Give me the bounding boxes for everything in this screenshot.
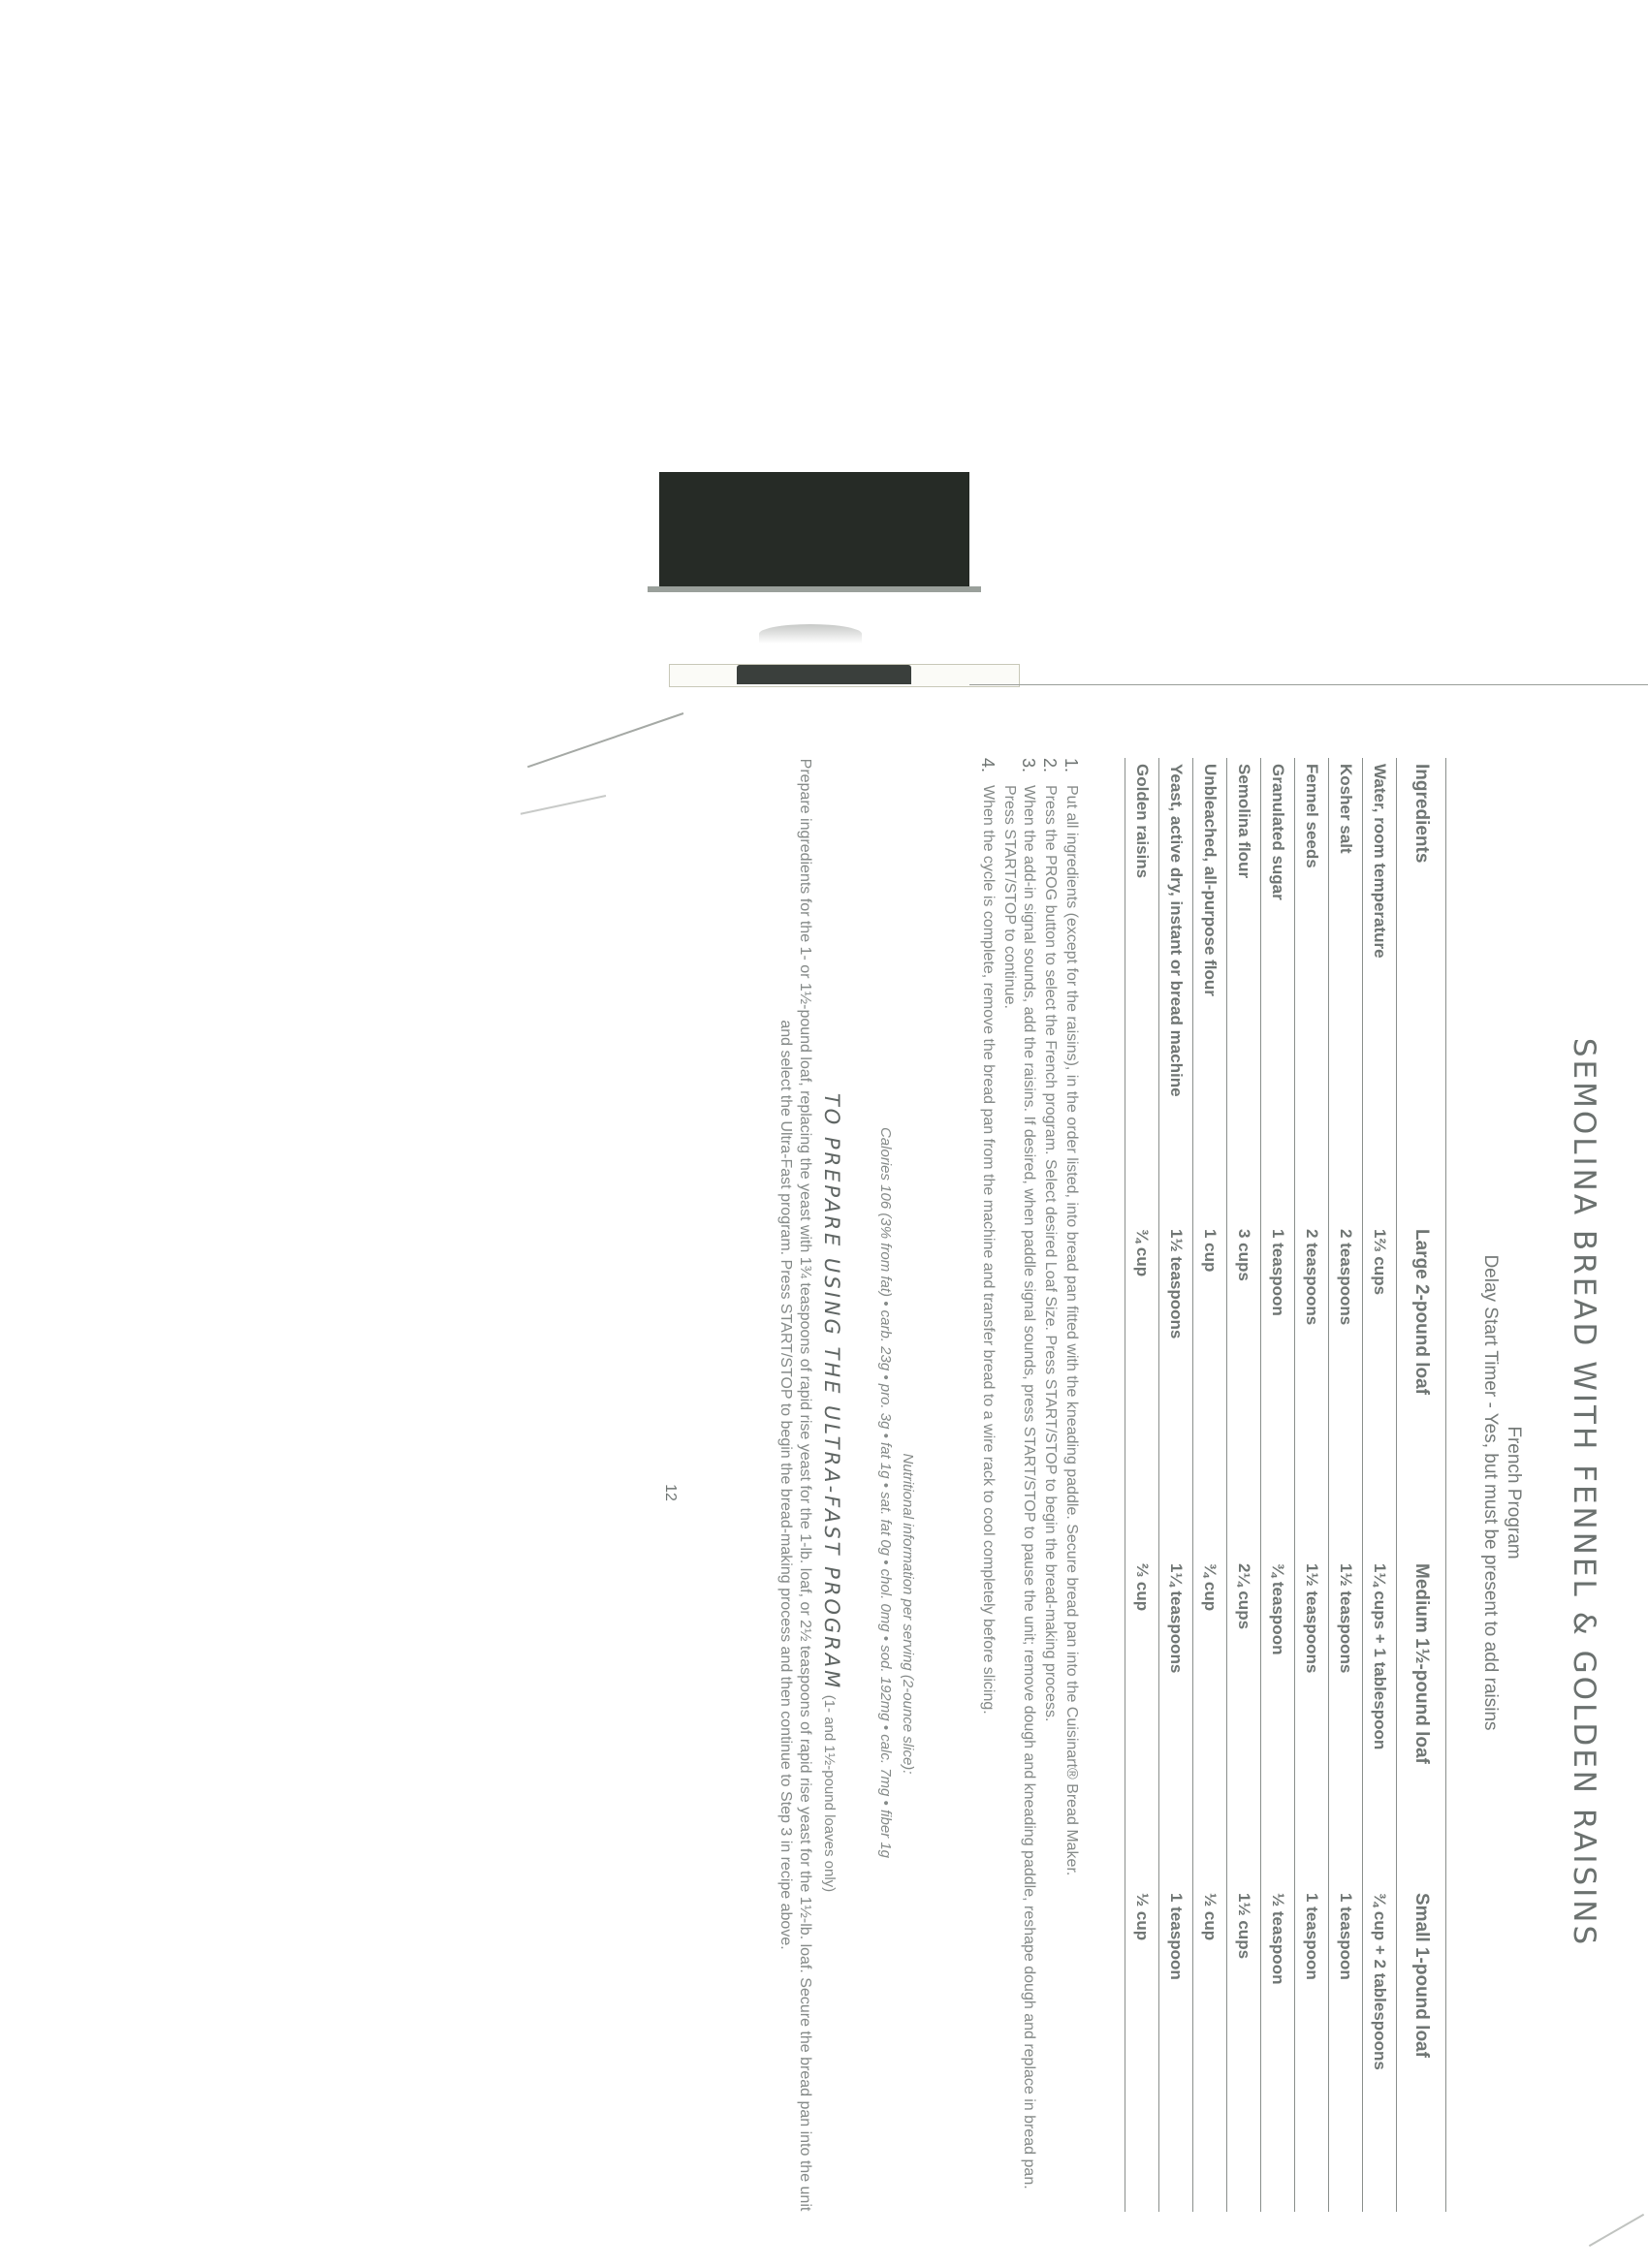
medium-loaf-cell: 1¼ cups + 1 tablespoon <box>1363 1558 1397 1887</box>
medium-loaf-cell: 1¼ teaspoons <box>1159 1558 1193 1887</box>
table-row: Water, room temperature1⅔ cups1¼ cups + … <box>1363 758 1397 2212</box>
scan-shadow <box>648 586 981 592</box>
scan-dark-block <box>659 472 969 591</box>
medium-loaf-cell: ⅔ cup <box>1125 1558 1159 1887</box>
large-loaf-cell: 3 cups <box>1227 1223 1261 1558</box>
table-row: Kosher salt2 teaspoons1½ teaspoons1 teas… <box>1329 758 1363 2212</box>
instruction-step: 3.When the add-in signal sounds, add the… <box>999 758 1038 2212</box>
table-header-row: Ingredients Large 2-pound loaf Medium 1½… <box>1397 758 1446 2212</box>
table-row: Semolina flour3 cups2¼ cups1½ cups <box>1227 758 1261 2212</box>
large-loaf-cell: 1½ teaspoons <box>1159 1223 1193 1558</box>
step-text: When the cycle is complete, remove the b… <box>980 785 997 1715</box>
table-row: Golden raisins¾ cup⅔ cup½ cup <box>1125 758 1159 2212</box>
step-text: When the add-in signal sounds, add the r… <box>1001 785 1037 2189</box>
step-text: Put all ingredients (except for the rais… <box>1063 785 1080 1875</box>
medium-loaf-cell: 1½ teaspoons <box>1329 1558 1363 1887</box>
page-number: 12 <box>661 746 679 2239</box>
small-loaf-cell: 1 teaspoon <box>1295 1887 1329 2212</box>
delay-start-note: Delay Start Timer - Yes, but must be pre… <box>1479 746 1501 2239</box>
medium-loaf-cell: 1½ teaspoons <box>1295 1558 1329 1887</box>
step-number: 3. <box>1019 758 1038 772</box>
page-edge-line <box>969 684 1648 685</box>
ingredient-cell: Semolina flour <box>1227 758 1261 1223</box>
column-header-small: Small 1-pound loaf <box>1397 1887 1446 2212</box>
ingredient-cell: Water, room temperature <box>1363 758 1397 1223</box>
instruction-step: 2.Press the PROG button to select the Fr… <box>1040 758 1060 2212</box>
medium-loaf-cell: ¾ cup <box>1193 1558 1227 1887</box>
small-loaf-cell: ½ teaspoon <box>1261 1887 1295 2212</box>
small-loaf-cell: ¾ cup + 2 tablespoons <box>1363 1887 1397 2212</box>
large-loaf-cell: 1 teaspoon <box>1261 1223 1295 1558</box>
table-row: Fennel seeds2 teaspoons1½ teaspoons1 tea… <box>1295 758 1329 2212</box>
step-number: 4. <box>978 758 998 772</box>
small-loaf-cell: ½ cup <box>1193 1887 1227 2212</box>
large-loaf-cell: ¾ cup <box>1125 1223 1159 1558</box>
small-loaf-cell: ½ cup <box>1125 1887 1159 2212</box>
ingredient-cell: Kosher salt <box>1329 758 1363 1223</box>
large-loaf-cell: 1⅔ cups <box>1363 1223 1397 1558</box>
ingredient-cell: Granulated sugar <box>1261 758 1295 1223</box>
recipe-page: SEMOLINA BREAD WITH FENNEL & GOLDEN RAIS… <box>640 746 1609 2239</box>
small-loaf-cell: 1 teaspoon <box>1159 1887 1193 2212</box>
ingredient-cell: Golden raisins <box>1125 758 1159 1223</box>
ultra-fast-qualifier: (1- and 1½-pound loaves only) <box>821 1695 838 1892</box>
column-header-medium: Medium 1½-pound loaf <box>1397 1558 1446 1887</box>
step-text: Press the PROG button to select the Fren… <box>1042 785 1059 1721</box>
column-header-ingredients: Ingredients <box>1397 758 1446 1223</box>
large-loaf-cell: 2 teaspoons <box>1295 1223 1329 1558</box>
large-loaf-cell: 2 teaspoons <box>1329 1223 1363 1558</box>
nutrition-heading: Nutritional information per serving (2-o… <box>900 989 916 2239</box>
instruction-steps: 1.Put all ingredients (except for the ra… <box>976 758 1081 2212</box>
medium-loaf-cell: 2¼ cups <box>1227 1558 1261 1887</box>
nutrition-facts: Calories 106 (3% from fat) • carb. 23g •… <box>877 746 894 2239</box>
large-loaf-cell: 1 cup <box>1193 1223 1227 1558</box>
program-name: French Program <box>1503 746 1524 2239</box>
instruction-step: 1.Put all ingredients (except for the ra… <box>1062 758 1081 2212</box>
recipe-title: SEMOLINA BREAD WITH FENNEL & GOLDEN RAIS… <box>1567 746 1601 2239</box>
step-number: 2. <box>1040 758 1060 772</box>
table-row: Yeast, active dry, instant or bread mach… <box>1159 758 1193 2212</box>
step-number: 1. <box>1062 758 1081 772</box>
small-loaf-cell: 1 teaspoon <box>1329 1887 1363 2212</box>
ingredient-cell: Unbleached, all-purpose flour <box>1193 758 1227 1223</box>
ultra-fast-instructions: Prepare ingredients for the 1- or 1½-pou… <box>776 758 814 2212</box>
page-edge-diagonal-faint <box>521 795 606 815</box>
ultra-fast-heading: TO PREPARE USING THE ULTRA-FAST PROGRAM … <box>820 746 843 2239</box>
table-row: Unbleached, all-purpose flour1 cup¾ cup½… <box>1193 758 1227 2212</box>
scan-arc-shadow <box>759 624 862 644</box>
small-loaf-cell: 1½ cups <box>1227 1887 1261 2212</box>
medium-loaf-cell: ¾ teaspoon <box>1261 1558 1295 1887</box>
ingredients-table: Ingredients Large 2-pound loaf Medium 1½… <box>1125 758 1446 2212</box>
rotated-page: SEMOLINA BREAD WITH FENNEL & GOLDEN RAIS… <box>640 746 1609 2239</box>
ingredient-cell: Yeast, active dry, instant or bread mach… <box>1159 758 1193 1223</box>
ultra-fast-title: TO PREPARE USING THE ULTRA-FAST PROGRAM <box>820 1093 843 1690</box>
scan-binder-tab-dark <box>737 665 911 684</box>
instruction-step: 4.When the cycle is complete, remove the… <box>978 758 998 2212</box>
table-row: Granulated sugar1 teaspoon¾ teaspoon½ te… <box>1261 758 1295 2212</box>
column-header-large: Large 2-pound loaf <box>1397 1223 1446 1558</box>
ingredient-cell: Fennel seeds <box>1295 758 1329 1223</box>
